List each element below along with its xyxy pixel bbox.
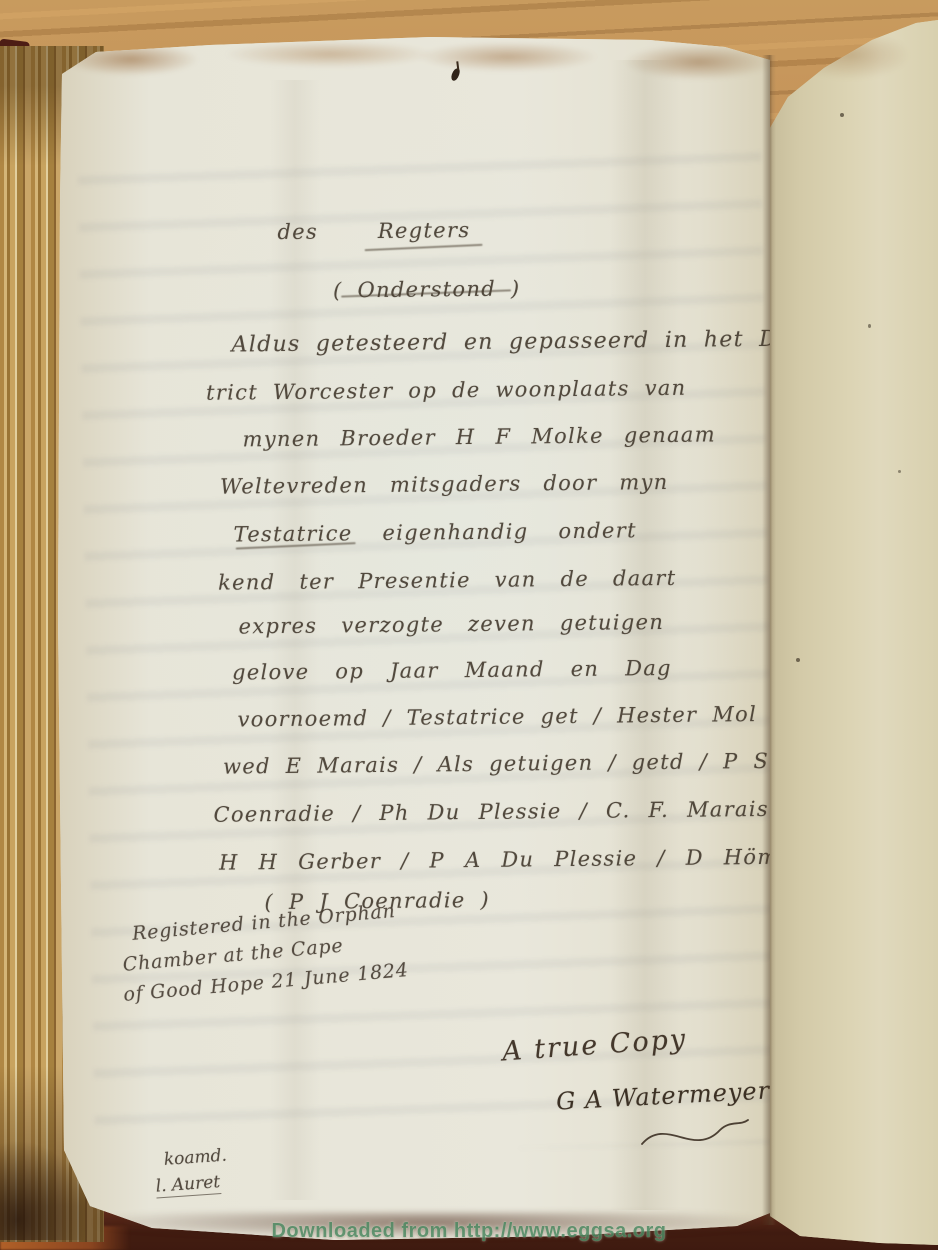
ink-specks: [796, 658, 800, 662]
facing-page-stain: [790, 30, 910, 80]
ink-speck: [840, 113, 844, 117]
eggsa-watermark: Downloaded from http://www.eggsa.org: [0, 1220, 938, 1243]
book-gutter-shadow: [762, 55, 776, 1225]
signature-flourish-icon: [636, 1112, 756, 1154]
handwritten-line: mynen Broeder H F Molke genaam: [242, 422, 716, 451]
ink-speck: [898, 470, 901, 473]
handwritten-line: des Regters: [277, 218, 470, 244]
ink-speck: [868, 324, 871, 328]
handwritten-line: trict Worcester op de woonplaats van: [206, 376, 687, 405]
page-fold-shadow: [270, 80, 320, 1200]
handwritten-line: kend ter Presentie van de daart: [218, 566, 677, 595]
handwritten-line: gelove op Jaar Maand en Dag: [232, 656, 672, 685]
handwritten-line: Weltevreden mitsgaders door myn: [220, 470, 669, 499]
handwritten-body: des Regters ( Onderstond ) Aldus geteste…: [0, 0, 938, 5]
handwritten-line: Testatrice eigenhandig ondert: [233, 518, 636, 546]
registration-note: Registered in the Orphan Chamber at the …: [119, 920, 169, 1033]
handwritten-line: expres verzogte zeven getuigen: [238, 610, 664, 638]
marginalia-line: koamd.: [163, 1146, 227, 1170]
document-photo: des Regters ( Onderstond ) Aldus geteste…: [0, 0, 938, 1250]
marginalia-line: l. Auret: [155, 1172, 221, 1198]
